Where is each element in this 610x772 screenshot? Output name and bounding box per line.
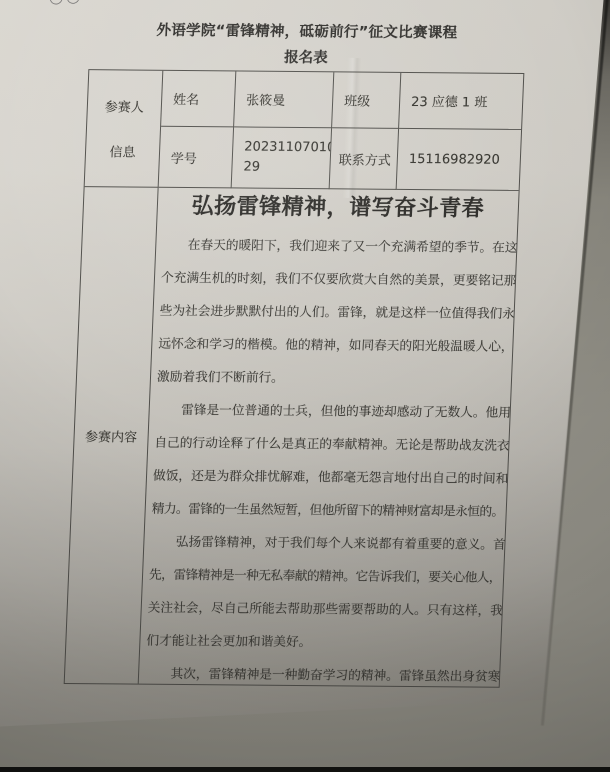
- name-value-cell: 张筱曼: [234, 71, 334, 128]
- essay-body: 在春天的暖阳下，我们迎来了又一个充满希望的季节。在这个充满生机的时刻，我们不仅要…: [144, 228, 511, 687]
- form-subtitle: 报名表: [1, 43, 610, 69]
- class-label-cell: 班级: [332, 72, 401, 129]
- student-id-label-cell: 学号: [159, 127, 234, 189]
- essay-line: 们才能让社会更加和谐美好。: [146, 624, 495, 660]
- essay-title: 弘扬雷锋精神，谱写奋斗青春: [163, 194, 512, 223]
- student-id-value: 20231107010 29: [243, 138, 332, 179]
- essay-line: 自己的行动诠释了什么是真正的奉献精神。无论是帮助战友洗衣: [154, 426, 503, 462]
- essay-line: 雷锋是一位普通的士兵，但他的事迹却感动了无数人。他用: [155, 393, 504, 429]
- participant-info-label-cell: 参赛人 信息: [85, 70, 164, 188]
- essay-line: 远怀念和学习的楷模。他的精神，如同春天的阳光般温暖人心，: [158, 327, 507, 363]
- class-value-cell: 23 应德 1 班: [399, 73, 523, 130]
- essay-line: 在春天的暖阳下，我们迎来了又一个充满希望的季节。在这: [162, 228, 511, 264]
- participant-info-label-line2: 信息: [109, 141, 136, 160]
- registration-table: 参赛人 信息 姓名 张筱曼 班级 23 应德 1 班 学号 2023110701…: [64, 69, 525, 688]
- essay-line: 个充满生机的时刻，我们不仅要欣赏大自然的美景，更要铭记那: [160, 261, 509, 297]
- student-id-value-cell: 20231107010 29: [232, 127, 332, 189]
- document-sheet: 〇〇 外语学院“雷锋精神，砥砺前行”征文比赛课程 报名表 参赛人 信息 姓名 张…: [0, 0, 610, 772]
- essay-line: 精力。雷锋的一生虽然短暂，但他所留下的精神财富却是永恒的。: [151, 492, 500, 528]
- essay-cell: 弘扬雷锋精神，谱写奋斗青春 在春天的暖阳下，我们迎来了又一个充满希望的季节。在这…: [139, 188, 519, 687]
- name-label-cell: 姓名: [161, 71, 236, 128]
- essay-line: 激励着我们不断前行。: [156, 360, 505, 396]
- essay-line: 做饭，还是为群众排忧解难，他都毫无怨言地付出自己的时间和: [152, 459, 501, 495]
- essay-line: 弘扬雷锋精神，对于我们每个人来说都有着重要的意义。首: [150, 525, 499, 561]
- form-title: 外语学院“雷锋精神，砥砺前行”征文比赛课程: [2, 17, 610, 43]
- participant-info-label-line1: 参赛人: [105, 96, 145, 115]
- corner-mark: 〇〇: [49, 0, 83, 9]
- essay-line: 其次，雷锋精神是一种勤奋学习的精神。雷锋虽然出身贫寒，: [144, 657, 493, 687]
- contact-value-cell: 15116982920: [397, 129, 521, 191]
- essay-line: 关注社会，尽自己所能去帮助那些需要帮助的人。只有这样，我: [147, 591, 496, 627]
- essay-line: 些为社会进步默默付出的人们。雷锋，就是这样一位值得我们永: [159, 294, 508, 330]
- contact-label-cell: 联系方式: [330, 128, 399, 190]
- essay-line: 先，雷锋精神是一种无私奉献的精神。它告诉我们，要关心他人，: [148, 558, 497, 594]
